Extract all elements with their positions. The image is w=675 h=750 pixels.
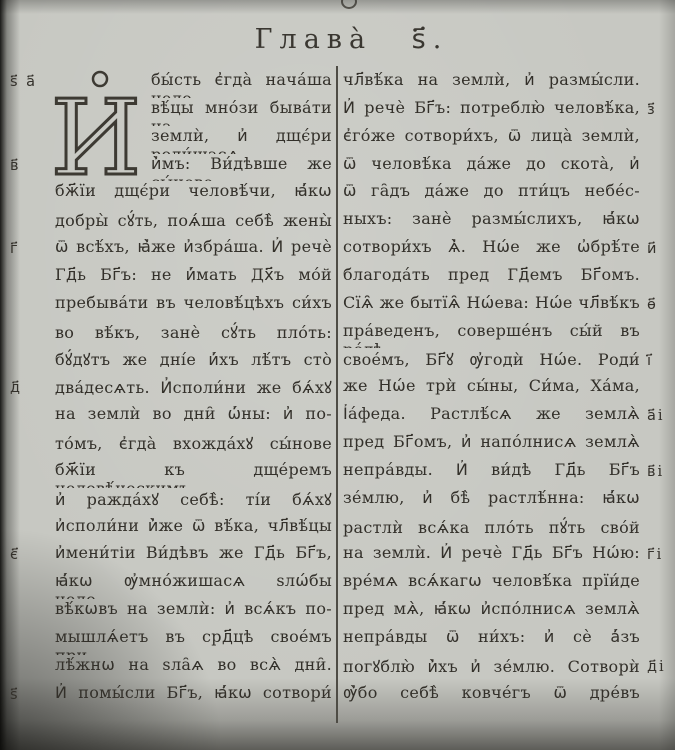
verse-number-marker: а҃і xyxy=(647,408,665,424)
text-line: то́мъ, є҆гда̀ вхожда́хꙋ сы́нове xyxy=(55,432,332,460)
text-line: ѹ҆̀бо себѣ̀ ковче́гъ ѿ дре́въ xyxy=(343,683,640,711)
text-line: пред Бг҃омъ, и҆ напо́лнисѧ землѧ̀ xyxy=(343,432,640,460)
text-line: лѣ́жнѡ на ѕла̑ѧ во всѧ̀ дни̑. xyxy=(55,655,332,683)
cut-off-glyph-fragment xyxy=(341,0,357,9)
text-line: бж҃їи дщє́ри человѣ́чи, ꙗ҆́кѡ xyxy=(55,181,332,209)
verse-number-marker: в҃і xyxy=(647,464,664,480)
verse-number-marker: з҃ xyxy=(647,102,657,118)
text-line: ѿ га̑дъ да́же до пти́цъ небе́с- xyxy=(343,181,640,209)
text-line: ꙗ҆́кѡ ѹ҆мно́жишасѧ ѕлѡ́бы чело- xyxy=(55,571,332,599)
text-line: пра́веденъ, соверше́нъ сы́й въ ро́дѣ xyxy=(343,321,640,349)
verse-number-marker: г҃ xyxy=(10,241,20,257)
text-line: И҆ помы́сли Бг҃ъ, ꙗ҆́кѡ сотвори́ xyxy=(55,683,332,711)
text-line: землѝ, и҆ дщє́ри роди́шасѧ xyxy=(55,126,332,154)
text-line: пребыва́ти въ человѣ́цѣхъ си́хъ xyxy=(55,293,332,321)
text-line: свое́мъ, Бг҃ꙋ ѹ҆годѝ Нѡ́е. Роди́ xyxy=(343,348,640,376)
text-line: на землѝ. И҆ речѐ Гд҃ь Бг҃ъ Нѡ́ю: xyxy=(343,543,640,571)
text-line: ѿ человѣ́ка да́же до скота̀, и҆ xyxy=(343,154,640,182)
text-line: добры̀ сꙋ́ть, поѧ́ша себѣ̀ жены̀ xyxy=(55,209,332,237)
text-line: и҆ ражда́хꙋ себѣ̀: ті́и бѧ́хꙋ xyxy=(55,488,332,516)
text-line: ѿ всѣ́хъ, ꙗ҆̀же и҆збра́ша. И҆ речѐ xyxy=(55,237,332,265)
text-line: мышлѧ́етъ въ срд҃цѣ свое́мъ при- xyxy=(55,627,332,655)
text-line: вѣ́цы мно́зи быва́ти на xyxy=(55,98,332,126)
text-line: И҆ речѐ Бг҃ъ: потреблю̀ человѣ́ка, xyxy=(343,98,640,126)
text-line: и҆̀мъ: Ви́дѣвше же сы́нове xyxy=(55,154,332,182)
verse-number-marker: ѕ҃ xyxy=(10,687,20,703)
text-line: І҆а́феда. Растлѣ́сѧ же землѧ̀ xyxy=(343,404,640,432)
left-column: бы́сть є҆гда̀ нача́ша чело- вѣ́цы мно́зи… xyxy=(55,70,332,710)
text-line: и҆споли́ни и҆̀же ѿ вѣ́ка, чл҃вѣ́цы xyxy=(55,516,332,544)
chapter-title: Глава̀ ѕ҃. xyxy=(14,24,675,55)
text-line: и҆мени́тіи Ви́дѣвъ же Гд҃ь Бг҃ъ, xyxy=(55,543,332,571)
text-line: бꙋ́дꙋтъ же дні́е и҆́хъ лѣ́тъ сто̀ xyxy=(55,348,332,376)
verse-number-marker: ѳ҃ xyxy=(647,297,658,313)
text-line: бы́сть є҆гда̀ нача́ша чело- xyxy=(55,70,332,98)
verse-number-marker: ѕ҃ а҃ xyxy=(10,74,37,90)
text-line: пред мѧ̀, ꙗ҆́кѡ и҆спо́лнисѧ землѧ̀ xyxy=(343,599,640,627)
verse-number-marker: д҃і xyxy=(647,659,666,675)
text-line: вре́мѧ всѧ́кагѡ человѣ́ка прїи́де xyxy=(343,571,640,599)
text-line: непра́вды ѿ ни́хъ: и҆ сѐ а҆́зъ xyxy=(343,627,640,655)
text-line: на землѝ во дни̑ ѡ҆́ны: и҆ по- xyxy=(55,404,332,432)
text-line: сотвори́хъ ѧ҆̀. Нѡ́е же ѡ҆брѣ́те xyxy=(343,237,640,265)
verse-number-marker: и҃ xyxy=(647,241,658,257)
text-line: растлѝ всѧ́ка пло́ть пꙋ́ть сво́й xyxy=(343,516,640,544)
text-line: бж҃їи къ дще́ремъ человѣ́ческимъ, xyxy=(55,460,332,488)
text-line: два́десѧть. И҆споли́ни же бѧ́хꙋ xyxy=(55,376,332,404)
text-line: погꙋблю̀ и҆̀хъ и҆ зе́млю. Сотворѝ xyxy=(343,655,640,683)
text-line: ныхъ: занѐ размы́слихъ, ꙗ҆́кѡ xyxy=(343,209,640,237)
text-line: во вѣ́къ, занѐ сꙋ́ть пло́ть: xyxy=(55,321,332,349)
verse-number-marker: г҃і xyxy=(647,547,663,563)
verse-number-marker: в҃ xyxy=(10,158,21,174)
text-line: зе́млю, и҆ бѣ̀ растлѣ́нна: ꙗ҆́кѡ xyxy=(343,488,640,516)
text-line: же Нѡ́е трѝ сы́ны, Си́ма, Ха́ма, xyxy=(343,376,640,404)
text-line: чл҃вѣ́ка на землѝ, и҆ размы́сли. xyxy=(343,70,640,98)
column-divider-rule xyxy=(336,66,338,723)
verse-number-marker: є҃ xyxy=(10,547,20,563)
verse-number-marker: і҃ xyxy=(647,353,653,369)
text-line: є҆го́же сотвори́хъ, ѿ лица̀ землѝ, xyxy=(343,126,640,154)
text-line: Сїѧ̑ же бытїѧ̑ Нѡ́ева: Нѡ́е чл҃вѣ́къ xyxy=(343,293,640,321)
text-line: непра́вды. И҆ ви́дѣ Гд҃ь Бг҃ъ xyxy=(343,460,640,488)
text-line: вѣ́кѡвъ на землѝ: и҆ всѧ́къ по- xyxy=(55,599,332,627)
verse-number-marker: д҃ xyxy=(10,380,22,396)
right-column: чл҃вѣ́ка на землѝ, и҆ размы́сли. И҆ речѐ… xyxy=(343,70,640,710)
scanned-bible-page: Глава̀ ѕ҃. И бы́сть є҆гда̀ нача́ша чело-… xyxy=(0,0,675,750)
text-line: благода́ть пред Гд҃емъ Бг҃омъ. xyxy=(343,265,640,293)
text-line: Гд҃ь Бг҃ъ: не и҆́мать Дх҃ъ мо́й xyxy=(55,265,332,293)
